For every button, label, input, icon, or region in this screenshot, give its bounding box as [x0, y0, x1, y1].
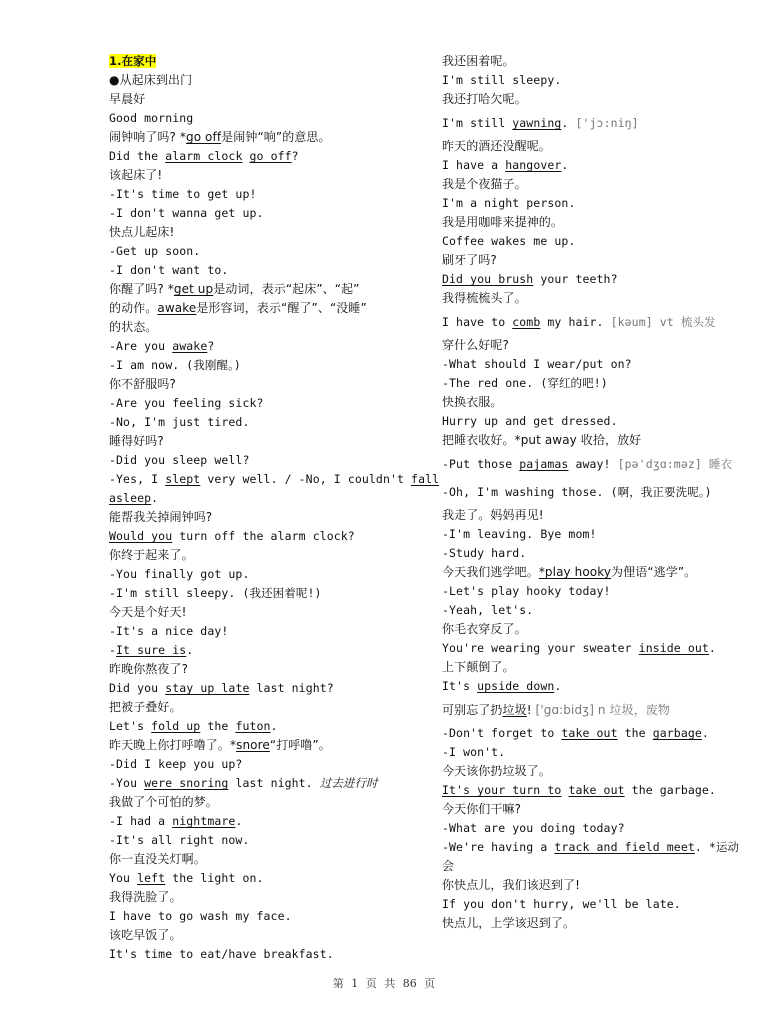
text-span: 我得梳梳头了。 — [442, 291, 527, 305]
text-span: You're wearing your sweater — [442, 641, 639, 655]
text-span: 能帮我关掉闹钟吗? — [109, 510, 212, 524]
document-line: -You finally got up. — [109, 565, 439, 584]
document-line: -I am now. (我刚醒。) — [109, 356, 439, 375]
document-line: -No, I'm just tired. — [109, 413, 439, 432]
text-span: . — [709, 641, 716, 655]
document-line: -Let's play hooky today! — [442, 582, 768, 601]
text-span: -Get up soon. — [109, 244, 200, 258]
text-span: -Study hard. — [442, 546, 526, 560]
document-line: -It's a nice day! — [109, 622, 439, 641]
text-span: 你快点儿，我们该迟到了! — [442, 878, 580, 892]
document-line: 快点儿起床! — [109, 223, 439, 242]
document-line: 今天你们干嘛? — [442, 800, 768, 819]
document-line: 我得梳梳头了。 — [442, 289, 768, 308]
text-span: 今天是个好天! — [109, 605, 187, 619]
text-span: I'm a night person. — [442, 196, 575, 210]
document-line: -We're having a track and field meet. *运… — [442, 838, 768, 857]
text-span: 我还困着呢。 — [442, 54, 515, 68]
text-span: last night. — [228, 776, 319, 790]
underlined-term: upside down — [477, 679, 554, 693]
text-span: 可别忘了扔 — [442, 703, 503, 717]
document-line: -The red one. (穿红的吧!) — [442, 374, 768, 393]
text-span: 我是用咖啡来提神的。 — [442, 215, 563, 229]
text-span: -It's time to get up! — [109, 187, 257, 201]
document-line: 我做了个可怕的梦。 — [109, 793, 439, 812]
text-span: last night? — [250, 681, 334, 695]
document-line: -Are you feeling sick? — [109, 394, 439, 413]
underlined-term: Did you brush — [442, 272, 533, 286]
underlined-term: were snoring — [144, 776, 228, 790]
document-line: -I don't wanna get up. — [109, 204, 439, 223]
document-line: 刷牙了吗? — [442, 251, 768, 270]
document-line: 今天是个好天! — [109, 603, 439, 622]
text-span: Let's — [109, 719, 151, 733]
document-line: -Did I keep you up? — [109, 755, 439, 774]
document-line: 会 — [442, 857, 768, 876]
document-line: Would you turn off the alarm clock? — [109, 527, 439, 546]
document-line: -Yes, I slept very well. / -No, I couldn… — [109, 470, 439, 489]
text-span: . — [151, 491, 158, 505]
text-span: I'm still sleepy. — [442, 73, 561, 87]
text-span: 的动作。 — [109, 301, 157, 315]
text-span: -I'm still sleepy. (我还困着呢!) — [109, 586, 322, 600]
text-span: It's time to eat/have breakfast. — [109, 947, 334, 961]
text-span: 昨天晚上你打呼噜了。* — [109, 738, 236, 752]
document-line: 你不舒服吗? — [109, 375, 439, 394]
text-span: -It's all right now. — [109, 833, 249, 847]
text-span: It's — [442, 679, 477, 693]
text-span: . — [561, 158, 568, 172]
document-line: 可别忘了扔垃圾! ['gɑ:bidʒ] n 垃圾，废物 — [442, 696, 768, 724]
text-span: 昨天的酒还没醒呢。 — [442, 139, 551, 153]
document-line: I have a hangover. — [442, 156, 768, 175]
document-line: -I'm leaving. Bye mom! — [442, 525, 768, 544]
document-line: -Put those pajamas away! [pə'dʒɑ:məz] 睡衣 — [442, 450, 768, 478]
document-line: -I won't. — [442, 743, 768, 762]
document-line: 该起床了! — [109, 166, 439, 185]
text-span: -Are you — [109, 339, 172, 353]
text-span: ? — [207, 339, 214, 353]
text-span: 把被子叠好。 — [109, 700, 182, 714]
document-line: 早晨好 — [109, 90, 439, 109]
text-span: I have a — [442, 158, 505, 172]
text-span: -I am now. (我刚醒。) — [109, 358, 241, 372]
document-line: 你终于起来了。 — [109, 546, 439, 565]
text-span — [242, 149, 249, 163]
text-span: the garbage. — [625, 783, 716, 797]
document-line: 我是用咖啡来提神的。 — [442, 213, 768, 232]
right-lines: 我还困着呢。I'm still sleepy.我还打哈欠呢。I'm still … — [442, 52, 768, 933]
text-span: . — [702, 726, 709, 740]
document-line: -It sure is. — [109, 641, 439, 660]
document-line: 把被子叠好。 — [109, 698, 439, 717]
document-line: 我得洗脸了。 — [109, 888, 439, 907]
underlined-term: awake — [157, 301, 196, 315]
phonetic-note: [kəum] vt 梳头发 — [611, 315, 716, 329]
text-span: 为俚语“逃学”。 — [611, 565, 696, 579]
underlined-term: It's your turn to — [442, 783, 561, 797]
text-span: 你不舒服吗? — [109, 377, 176, 391]
text-span: 我得洗脸了。 — [109, 890, 182, 904]
document-line: Let's fold up the futon. — [109, 717, 439, 736]
left-column: 1.在家中 ●从起床到出门 早晨好Good morning闹钟响了吗? *go … — [109, 52, 439, 964]
text-span: - — [109, 643, 116, 657]
text-span: -I don't want to. — [109, 263, 228, 277]
text-span: 是形容词，表示“醒了”、“没睡” — [196, 301, 366, 315]
document-line: 把睡衣收好。*put away 收拾，放好 — [442, 431, 768, 450]
document-line: -Get up soon. — [109, 242, 439, 261]
text-span: I'm still — [442, 116, 512, 130]
text-span: . *运动 — [695, 840, 739, 854]
document-line: 你一直没关灯啊。 — [109, 850, 439, 869]
text-span: 该吃早饭了。 — [109, 928, 182, 942]
document-line: I have to go wash my face. — [109, 907, 439, 926]
underlined-term: Would you — [109, 529, 172, 543]
underlined-term: inside out — [639, 641, 709, 655]
text-span: 是动词，表示“起床”、“起” — [213, 282, 359, 296]
phonetic-note: ['gɑ:bidʒ] n 垃圾，废物 — [536, 703, 670, 717]
text-span: If you don't hurry, we'll be late. — [442, 897, 681, 911]
document-line: -Yeah, let's. — [442, 601, 768, 620]
document-line: 我还打哈欠呢。 — [442, 90, 768, 109]
document-line: 我还困着呢。 — [442, 52, 768, 71]
text-span: the — [200, 719, 235, 733]
document-line: Did you brush your teeth? — [442, 270, 768, 289]
text-span: 穿什么好呢? — [442, 338, 509, 352]
underlined-term: *play hooky — [539, 565, 611, 579]
text-span: 我做了个可怕的梦。 — [109, 795, 218, 809]
document-line: It's upside down. — [442, 677, 768, 696]
text-span: Good morning — [109, 111, 193, 125]
document-line: I'm a night person. — [442, 194, 768, 213]
text-span: the light on. — [165, 871, 263, 885]
text-span: -Did I keep you up? — [109, 757, 242, 771]
document-line: -I had a nightmare. — [109, 812, 439, 831]
text-span: “打呼噜”。 — [270, 738, 331, 752]
document-line: 你毛衣穿反了。 — [442, 620, 768, 639]
text-span: I have to go wash my face. — [109, 909, 292, 923]
underlined-term: It sure is — [116, 643, 186, 657]
underlined-term: comb — [512, 315, 540, 329]
document-line: I have to comb my hair. [kəum] vt 梳头发 — [442, 308, 768, 336]
text-span: 我走了。妈妈再见! — [442, 508, 544, 522]
text-span: my hair. — [540, 315, 610, 329]
text-span: 快点儿起床! — [109, 225, 174, 239]
underlined-term: track and field meet — [554, 840, 694, 854]
text-span: 把睡衣收好。*put away 收拾，放好 — [442, 433, 641, 447]
text-span: 快换衣服。 — [442, 395, 503, 409]
document-line: -It's time to get up! — [109, 185, 439, 204]
text-span: 我是个夜猫子。 — [442, 177, 527, 191]
text-span: Hurry up and get dressed. — [442, 414, 618, 428]
text-span: your teeth? — [533, 272, 617, 286]
text-span: 睡得好吗? — [109, 434, 164, 448]
text-span: the — [618, 726, 653, 740]
underlined-term: hangover — [505, 158, 561, 172]
text-span: -We're having a — [442, 840, 554, 854]
text-span: . — [554, 679, 561, 693]
document-line: 穿什么好呢? — [442, 336, 768, 355]
underlined-term: fall — [411, 472, 439, 486]
text-span: -I won't. — [442, 745, 505, 759]
document-line: 昨晚你熬夜了? — [109, 660, 439, 679]
text-span: You — [109, 871, 137, 885]
text-span: -Oh, I'm washing those. (啊，我正要洗呢。) — [442, 485, 712, 499]
text-span: . — [186, 643, 193, 657]
text-span: . — [235, 814, 242, 828]
document-line: You left the light on. — [109, 869, 439, 888]
phonetic-note: ['jɔ:niŋ] — [575, 116, 638, 130]
section-title: 1.在家中 — [109, 52, 439, 71]
underlined-term: slept — [165, 472, 200, 486]
underlined-term: stay up late — [165, 681, 249, 695]
text-span: -I'm leaving. Bye mom! — [442, 527, 597, 541]
document-line: -You were snoring last night. 过去进行时 — [109, 774, 439, 793]
text-span: very well. / -No, I couldn't — [200, 472, 411, 486]
document-line: Coffee wakes me up. — [442, 232, 768, 251]
document-line: 我走了。妈妈再见! — [442, 506, 768, 525]
left-lines: 早晨好Good morning闹钟响了吗? *go off是闹钟“响”的意思。D… — [109, 90, 439, 964]
document-line: You're wearing your sweater inside out. — [442, 639, 768, 658]
underlined-term: garbage — [653, 726, 702, 740]
document-line: 今天该你扔垃圾了。 — [442, 762, 768, 781]
document-line: -What should I wear/put on? — [442, 355, 768, 374]
text-span: Did the — [109, 149, 165, 163]
document-line: 闹钟响了吗? *go off是闹钟“响”的意思。 — [109, 128, 439, 147]
document-line: 的动作。awake是形容词，表示“醒了”、“没睡” — [109, 299, 439, 318]
text-span: -It's a nice day! — [109, 624, 228, 638]
underlined-term: awake — [172, 339, 207, 353]
text-span: -The red one. (穿红的吧!) — [442, 376, 608, 390]
text-span: -Yeah, let's. — [442, 603, 533, 617]
text-span: -You — [109, 776, 144, 790]
text-span: . — [271, 719, 278, 733]
document-line: It's your turn to take out the garbage. — [442, 781, 768, 800]
document-line: 昨天晚上你打呼噜了。*snore“打呼噜”。 — [109, 736, 439, 755]
document-line: 快换衣服。 — [442, 393, 768, 412]
underlined-term: get up — [174, 282, 213, 296]
text-span: 你一直没关灯啊。 — [109, 852, 206, 866]
document-line: -I don't want to. — [109, 261, 439, 280]
document-line: 能帮我关掉闹钟吗? — [109, 508, 439, 527]
text-span: away! — [568, 457, 617, 471]
underlined-term: 垃圾 — [503, 703, 527, 717]
phonetic-note: [pə'dʒɑ:məz] 睡衣 — [618, 457, 733, 471]
underlined-term: go off — [250, 149, 292, 163]
text-span: 你醒了吗? * — [109, 282, 174, 296]
document-line: asleep. — [109, 489, 439, 508]
document-line: -Did you sleep well? — [109, 451, 439, 470]
underlined-term: yawning — [512, 116, 561, 130]
text-span: -Are you feeling sick? — [109, 396, 264, 410]
document-line: 该吃早饭了。 — [109, 926, 439, 945]
text-span: 我还打哈欠呢。 — [442, 92, 527, 106]
document-line: -Are you awake? — [109, 337, 439, 356]
text-span: 早晨好 — [109, 92, 145, 106]
document-line: -I'm still sleepy. (我还困着呢!) — [109, 584, 439, 603]
text-span: -No, I'm just tired. — [109, 415, 249, 429]
document-line: -What are you doing today? — [442, 819, 768, 838]
document-line: If you don't hurry, we'll be late. — [442, 895, 768, 914]
text-span: 的状态。 — [109, 320, 157, 334]
document-line: 上下颠倒了。 — [442, 658, 768, 677]
text-span: -What should I wear/put on? — [442, 357, 632, 371]
underlined-term: take out — [568, 783, 624, 797]
text-span: ? — [292, 149, 299, 163]
document-line: Did the alarm clock go off? — [109, 147, 439, 166]
document-line: I'm still yawning. ['jɔ:niŋ] — [442, 109, 768, 137]
underlined-term: fold up — [151, 719, 200, 733]
text-span: -I don't wanna get up. — [109, 206, 264, 220]
text-span: turn off the alarm clock? — [172, 529, 355, 543]
text-span: Coffee wakes me up. — [442, 234, 575, 248]
document-line: 你醒了吗? *get up是动词，表示“起床”、“起” — [109, 280, 439, 299]
document-line: 的状态。 — [109, 318, 439, 337]
document-line: I'm still sleepy. — [442, 71, 768, 90]
text-span: . — [561, 116, 575, 130]
underlined-term: futon — [235, 719, 270, 733]
document-line: 快点儿，上学该迟到了。 — [442, 914, 768, 933]
grammar-note: 过去进行时 — [320, 776, 378, 790]
text-span: 刷牙了吗? — [442, 253, 497, 267]
text-span: 上下颠倒了。 — [442, 660, 515, 674]
document-line: 我是个夜猫子。 — [442, 175, 768, 194]
text-span: -Let's play hooky today! — [442, 584, 611, 598]
document-line: 昨天的酒还没醒呢。 — [442, 137, 768, 156]
text-span: I have to — [442, 315, 512, 329]
text-span: 会 — [442, 859, 454, 873]
text-span: Did you — [109, 681, 165, 695]
text-span: -Put those — [442, 457, 519, 471]
text-span: -Don't forget to — [442, 726, 561, 740]
text-span: -Did you sleep well? — [109, 453, 249, 467]
underlined-term: snore — [236, 738, 270, 752]
text-span: -What are you doing today? — [442, 821, 625, 835]
document-line: 睡得好吗? — [109, 432, 439, 451]
text-span: 闹钟响了吗? * — [109, 130, 186, 144]
underlined-term: asleep — [109, 491, 151, 505]
underlined-term: take out — [561, 726, 617, 740]
text-span: 今天该你扔垃圾了。 — [442, 764, 551, 778]
text-span: -You finally got up. — [109, 567, 249, 581]
document-line: 你快点儿，我们该迟到了! — [442, 876, 768, 895]
underlined-term: pajamas — [519, 457, 568, 471]
underlined-term: alarm clock — [165, 149, 242, 163]
subsection-title: ●从起床到出门 — [109, 71, 439, 90]
document-line: -Oh, I'm washing those. (啊，我正要洗呢。) — [442, 478, 768, 506]
right-column: 我还困着呢。I'm still sleepy.我还打哈欠呢。I'm still … — [442, 52, 768, 933]
text-span: 今天我们逃学吧。 — [442, 565, 539, 579]
document-line: Did you stay up late last night? — [109, 679, 439, 698]
text-span: 该起床了! — [109, 168, 162, 182]
text-span: ! — [527, 703, 536, 717]
document-line: Hurry up and get dressed. — [442, 412, 768, 431]
text-span: -I had a — [109, 814, 172, 828]
document-line: Good morning — [109, 109, 439, 128]
underlined-term: left — [137, 871, 165, 885]
underlined-term: nightmare — [172, 814, 235, 828]
text-span: 今天你们干嘛? — [442, 802, 521, 816]
text-span: 你终于起来了。 — [109, 548, 194, 562]
document-line: 今天我们逃学吧。*play hooky为俚语“逃学”。 — [442, 563, 768, 582]
underlined-term: go off — [186, 130, 221, 144]
document-line: -It's all right now. — [109, 831, 439, 850]
text-span: 是闹钟“响”的意思。 — [221, 130, 330, 144]
text-span: 昨晚你熬夜了? — [109, 662, 188, 676]
page-footer: 第 1 页 共 86 页 — [0, 975, 768, 991]
text-span: 快点儿，上学该迟到了。 — [442, 916, 575, 930]
text-span: -Yes, I — [109, 472, 165, 486]
text-span: 你毛衣穿反了。 — [442, 622, 527, 636]
document-line: -Don't forget to take out the garbage. — [442, 724, 768, 743]
document-line: It's time to eat/have breakfast. — [109, 945, 439, 964]
document-line: -Study hard. — [442, 544, 768, 563]
